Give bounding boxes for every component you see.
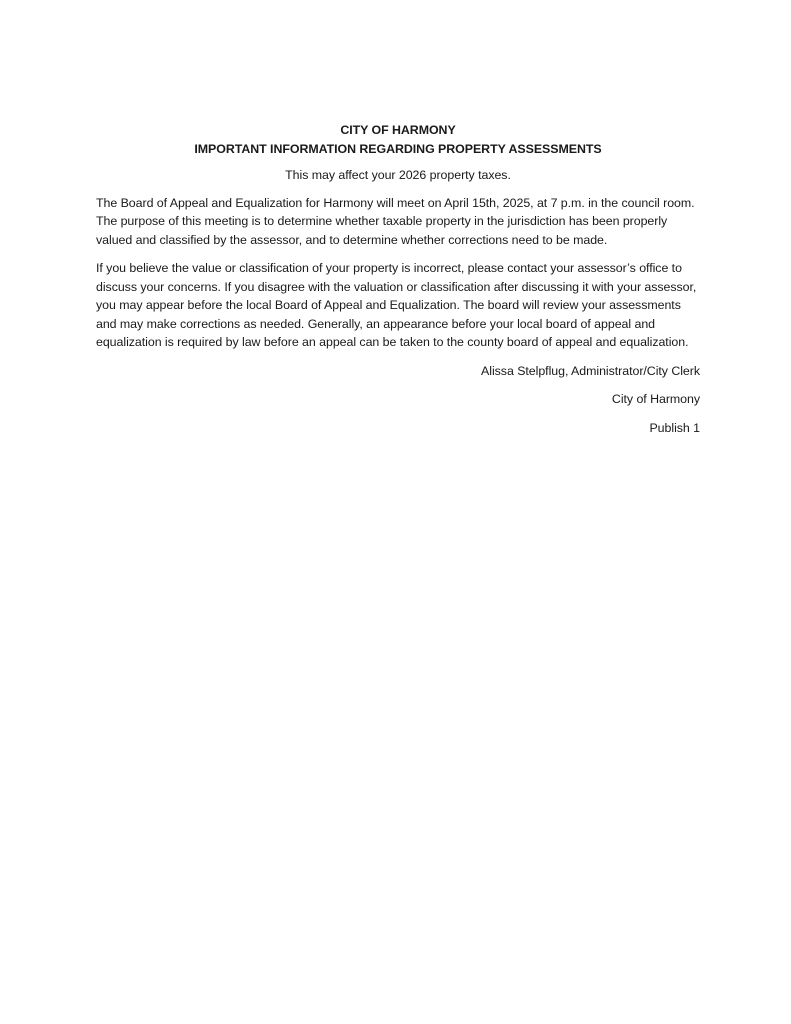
- notice-document: CITY OF HARMONY IMPORTANT INFORMATION RE…: [96, 121, 700, 437]
- signature-organization: City of Harmony: [96, 390, 700, 409]
- signature-name-title: Alissa Stelpflug, Administrator/City Cle…: [96, 362, 700, 381]
- document-title-heading: IMPORTANT INFORMATION REGARDING PROPERTY…: [96, 140, 700, 159]
- document-subtitle: This may affect your 2026 property taxes…: [96, 166, 700, 185]
- document-title-city: CITY OF HARMONY: [96, 121, 700, 140]
- publish-note: Publish 1: [96, 419, 700, 438]
- paragraph-appeal-info: If you believe the value or classificati…: [96, 259, 700, 352]
- paragraph-meeting-info: The Board of Appeal and Equalization for…: [96, 194, 700, 250]
